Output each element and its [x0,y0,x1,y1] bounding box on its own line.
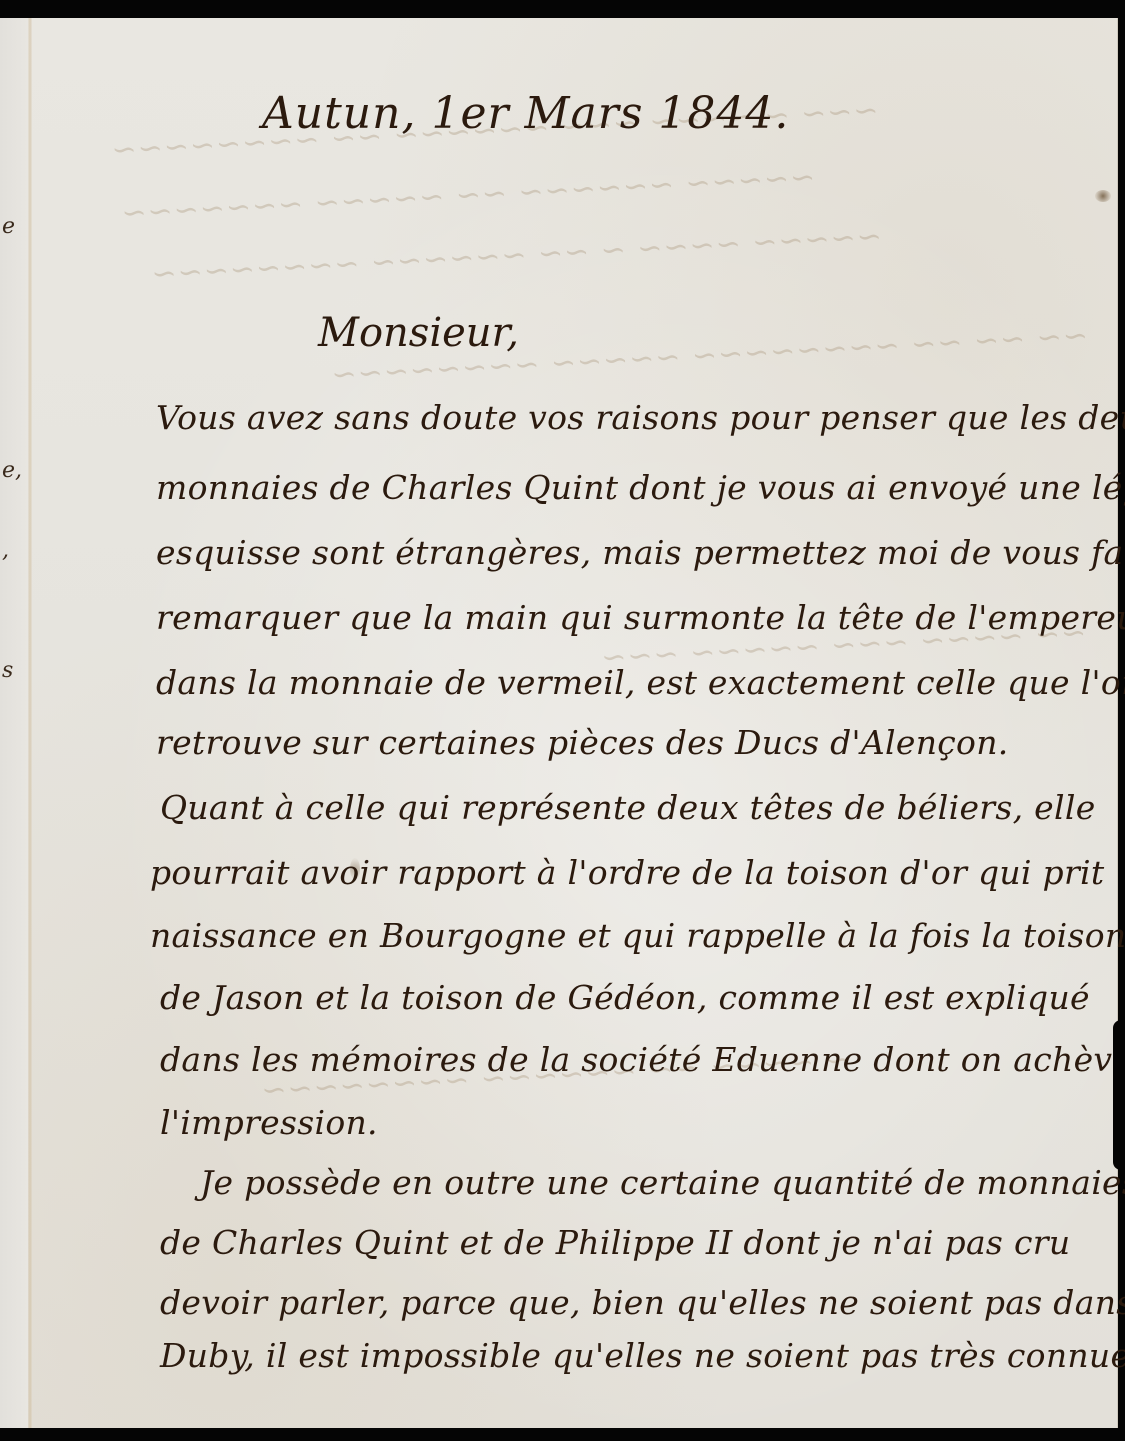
letter-line: dans la monnaie de vermeil, est exacteme… [156,663,1125,702]
letter-line: Quant à celle qui représente deux têtes … [160,788,1096,827]
letter-line: Je possède en outre une certaine quantit… [200,1163,1125,1202]
letter-salutation: Monsieur, [318,310,519,356]
letter-line: esquisse sont étrangères, mais permettez… [156,533,1125,572]
letter-line: remarquer que la main qui surmonte la tê… [156,598,1125,637]
page-fold-crease [28,18,32,1428]
adjacent-page-strip: e e, , s [0,18,28,1428]
letter-place-date: Autun, 1er Mars 1844. [262,88,789,139]
ink-stain [1095,190,1111,202]
letter-line: devoir parler, parce que, bien qu'elles … [160,1283,1125,1322]
margin-fragment: e [2,214,15,239]
bleed-through-text: ~~~~~ ~~~~~~ ~~ ~~~~~ ~~~~~~~ [120,160,816,231]
letter-line: de Jason et la toison de Gédéon, comme i… [160,978,1090,1017]
letter-line: pourrait avoir rapport à l'ordre de la t… [150,853,1104,892]
torn-edge [1113,1020,1125,1170]
letter-line: l'impression. [160,1103,378,1142]
letter-line: dans les mémoires de la société Eduenne … [160,1040,1125,1079]
letter-line: naissance en Bourgogne et qui rappelle à… [150,916,1125,955]
letter-line: retrouve sur certaines pièces des Ducs d… [156,723,1009,762]
letter-line: Duby, il est impossible qu'elles ne soie… [160,1336,1125,1375]
letter-line: Vous avez sans doute vos raisons pour pe… [156,398,1125,437]
letter-line: monnaies de Charles Quint dont je vous a… [156,468,1125,507]
scan-background: e e, , s ~~~ ~ ~~~~ ~~~ ~~~~~~ ~~ ~~~~~~… [0,0,1125,1441]
bleed-through-text: ~~~~~ ~~~~ ~ ~~ ~~~~~~ ~~~~~~~~ [150,219,883,292]
letter-line: de Charles Quint et de Philippe II dont … [160,1223,1070,1262]
margin-fragment: e, [2,458,22,483]
margin-fragment: , [2,538,9,563]
letter-page: e e, , s ~~~ ~ ~~~~ ~~~ ~~~~~~ ~~ ~~~~~~… [0,18,1118,1428]
margin-fragment: s [2,658,13,683]
